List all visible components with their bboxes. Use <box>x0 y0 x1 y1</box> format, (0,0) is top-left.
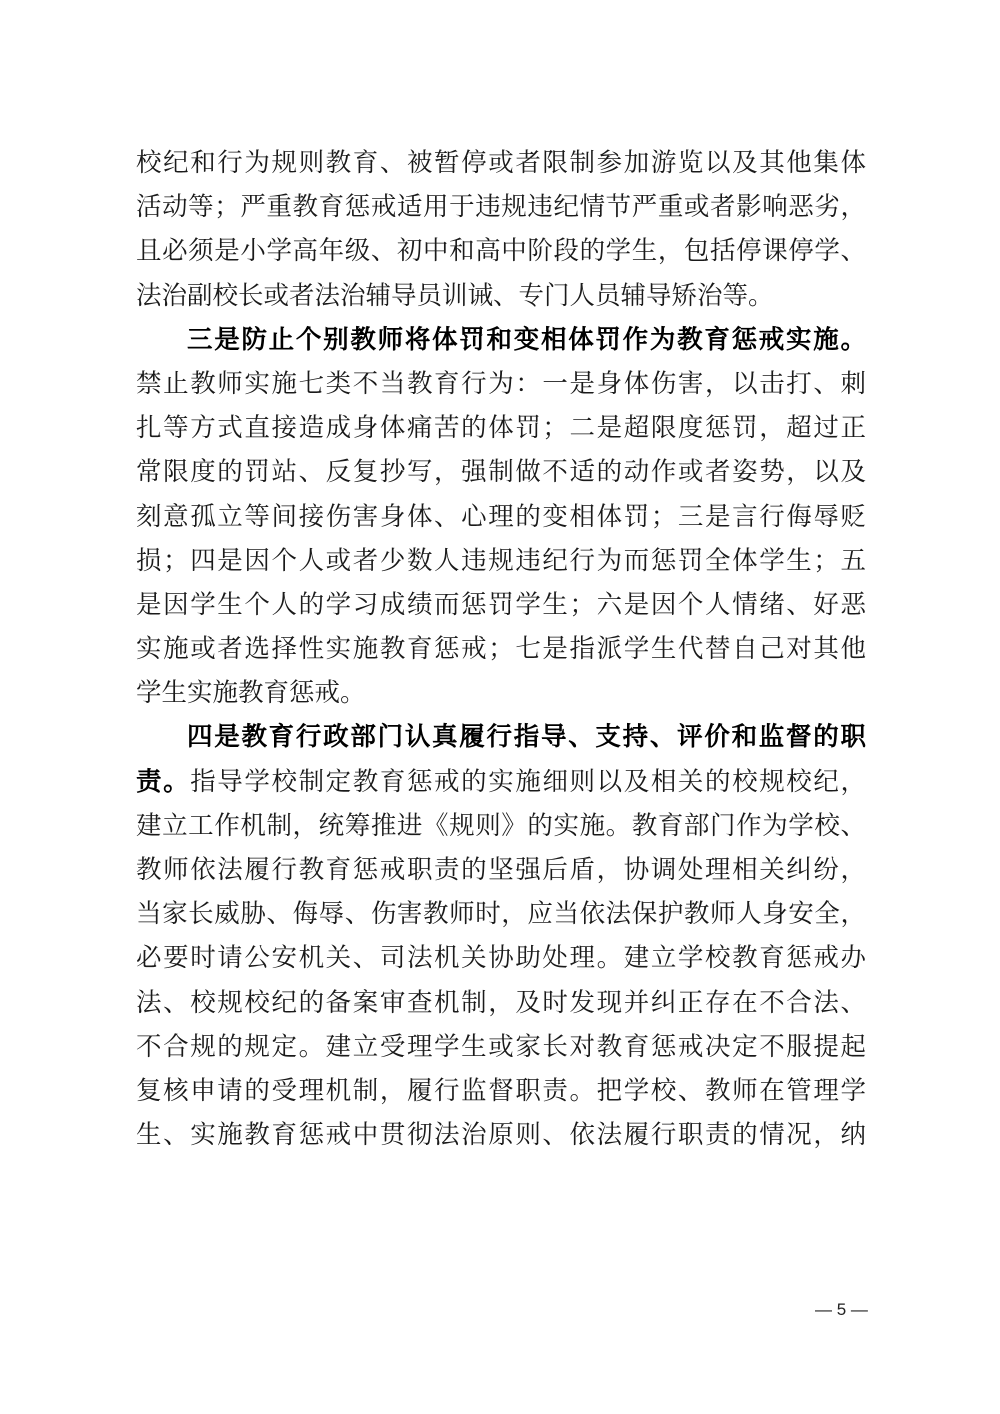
section-heading-three: 三是防止个别教师将体罚和变相体罚作为教育惩戒实施。 <box>136 318 866 362</box>
section-heading-four: 四是教育行政部门认真履行指导、支持、评价和监督的职 <box>136 715 866 759</box>
text-run: 指导学校制定教育惩戒的实施细则以及相关的校规校纪， <box>190 767 866 797</box>
document-body: 校纪和行为规则教育、被暂停或者限制参加游览以及其他集体 活动等；严重教育惩戒适用… <box>136 141 866 1157</box>
document-page: 校纪和行为规则教育、被暂停或者限制参加游览以及其他集体 活动等；严重教育惩戒适用… <box>0 0 1000 1414</box>
paragraph-four: 四是教育行政部门认真履行指导、支持、评价和监督的职 责。指导学校制定教育惩戒的实… <box>136 715 866 1157</box>
text-line: 校纪和行为规则教育、被暂停或者限制参加游览以及其他集体 <box>136 141 866 185</box>
text-line: 责。指导学校制定教育惩戒的实施细则以及相关的校规校纪， <box>136 760 866 804</box>
text-line: 扎等方式直接造成身体痛苦的体罚；二是超限度惩罚，超过正 <box>136 406 866 450</box>
page-number: — 5 — <box>815 1300 868 1320</box>
text-line: 实施或者选择性实施教育惩戒；七是指派学生代替自己对其他 <box>136 627 866 671</box>
text-line: 常限度的罚站、反复抄写，强制做不适的动作或者姿势，以及 <box>136 450 866 494</box>
text-line: 教师依法履行教育惩戒职责的坚强后盾，协调处理相关纠纷， <box>136 848 866 892</box>
text-line: 生、实施教育惩戒中贯彻法治原则、依法履行职责的情况，纳 <box>136 1113 866 1157</box>
text-line: 法、校规校纪的备案审查机制，及时发现并纠正存在不合法、 <box>136 981 866 1025</box>
text-line: 学生实施教育惩戒。 <box>136 671 866 715</box>
text-line: 且必须是小学高年级、初中和高中阶段的学生，包括停课停学、 <box>136 229 866 273</box>
text-line: 建立工作机制，统筹推进《规则》的实施。教育部门作为学校、 <box>136 804 866 848</box>
section-heading-four-end: 责。 <box>136 767 190 797</box>
text-line: 是因学生个人的学习成绩而惩罚学生；六是因个人情绪、好恶 <box>136 583 866 627</box>
paragraph-continuation: 校纪和行为规则教育、被暂停或者限制参加游览以及其他集体 活动等；严重教育惩戒适用… <box>136 141 866 318</box>
text-line: 损；四是因个人或者少数人违规违纪行为而惩罚全体学生；五 <box>136 539 866 583</box>
text-line: 不合规的规定。建立受理学生或家长对教育惩戒决定不服提起 <box>136 1025 866 1069</box>
text-line: 当家长威胁、侮辱、伤害教师时，应当依法保护教师人身安全， <box>136 892 866 936</box>
text-line: 必要时请公安机关、司法机关协助处理。建立学校教育惩戒办 <box>136 936 866 980</box>
text-line: 法治副校长或者法治辅导员训诫、专门人员辅导矫治等。 <box>136 274 866 318</box>
text-line: 禁止教师实施七类不当教育行为：一是身体伤害，以击打、刺 <box>136 362 866 406</box>
text-line: 刻意孤立等间接伤害身体、心理的变相体罚；三是言行侮辱贬 <box>136 495 866 539</box>
text-line: 复核申请的受理机制，履行监督职责。把学校、教师在管理学 <box>136 1069 866 1113</box>
paragraph-three: 三是防止个别教师将体罚和变相体罚作为教育惩戒实施。 禁止教师实施七类不当教育行为… <box>136 318 866 716</box>
text-line: 活动等；严重教育惩戒适用于违规违纪情节严重或者影响恶劣， <box>136 185 866 229</box>
